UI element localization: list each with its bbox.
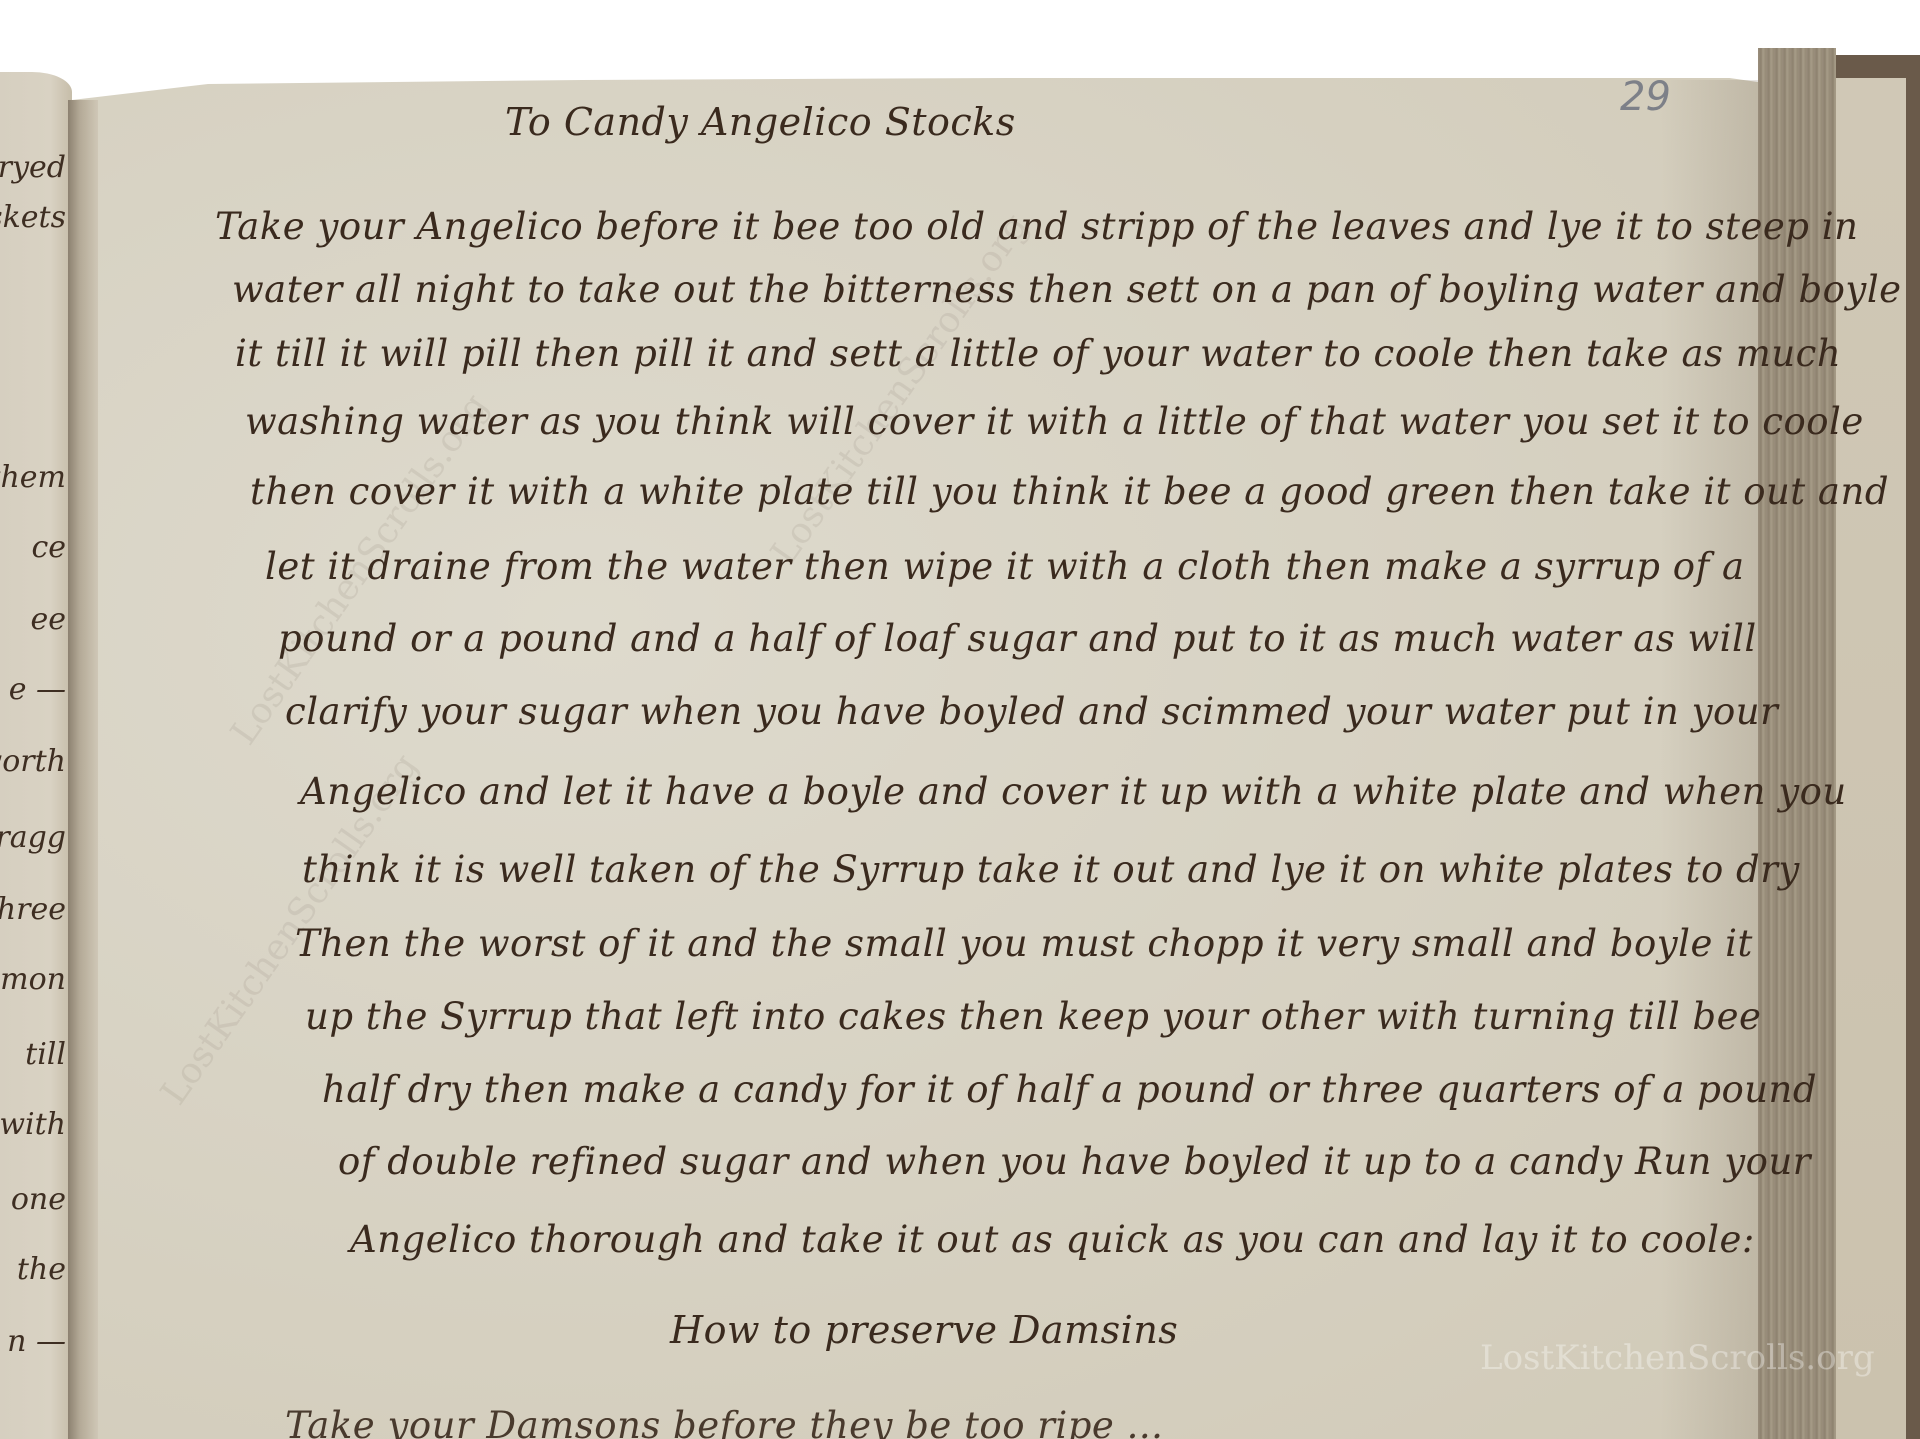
recipe-title: To Candy Angelico Stocks [505, 100, 1016, 144]
recipe-title: How to preserve Damsins [670, 1308, 1178, 1352]
left-page: dryed Biskets them ce ee e — worth g rag… [0, 72, 72, 1439]
left-page-fragment: worth [0, 744, 66, 779]
left-page-fragment: ce [31, 530, 66, 565]
text-line: clarify your sugar when you have boyled … [285, 690, 1778, 733]
left-page-fragment: one [11, 1182, 66, 1217]
text-line: washing water as you think will cover it… [245, 400, 1864, 443]
left-page-fragment: e — [9, 672, 66, 707]
left-page-fragment: three [0, 892, 66, 927]
text-line: then cover it with a white plate till yo… [250, 470, 1889, 513]
text-line: Angelico thorough and take it out as qui… [350, 1218, 1755, 1261]
folio-number: 29 [1620, 74, 1671, 120]
text-line: let it draine from the water then wipe i… [265, 545, 1745, 588]
left-page-fragment: dryed [0, 150, 66, 185]
text-line: up the Syrrup that left into cakes then … [305, 995, 1761, 1038]
page-stack-edge [1758, 48, 1836, 1439]
left-page-fragment: emon [0, 962, 66, 997]
left-page-fragment: till [25, 1037, 66, 1072]
left-page-fragment: Biskets [0, 200, 66, 235]
text-line: think it is well taken of the Syrrup tak… [302, 848, 1800, 891]
left-page-fragment: e with [0, 1107, 66, 1142]
open-book: dryed Biskets them ce ee e — worth g rag… [0, 0, 1920, 1439]
left-page-fragment: the [17, 1252, 66, 1287]
left-page-fragment: n — [7, 1324, 66, 1359]
text-line: of double refined sugar and when you hav… [338, 1140, 1811, 1183]
left-page-fragment: g ragg [0, 820, 66, 855]
text-line: half dry then make a candy for it of hal… [322, 1068, 1817, 1111]
book-gutter [68, 100, 98, 1439]
text-line: Angelico and let it have a boyle and cov… [300, 770, 1847, 813]
watermark: LostKitchenScrolls.org [1480, 1338, 1875, 1378]
text-line: Take your Angelico before it bee too old… [215, 205, 1858, 248]
text-line: it till it will pill then pill it and se… [235, 332, 1841, 375]
text-line: pound or a pound and a half of loaf suga… [278, 617, 1757, 660]
left-page-fragment: ee [30, 602, 66, 637]
text-line-partial: Take your Damsons before they be too rip… [285, 1404, 1163, 1439]
text-line: Then the worst of it and the small you m… [295, 922, 1753, 965]
left-page-fragment: them [0, 460, 66, 495]
text-line: water all night to take out the bitterne… [232, 268, 1902, 311]
